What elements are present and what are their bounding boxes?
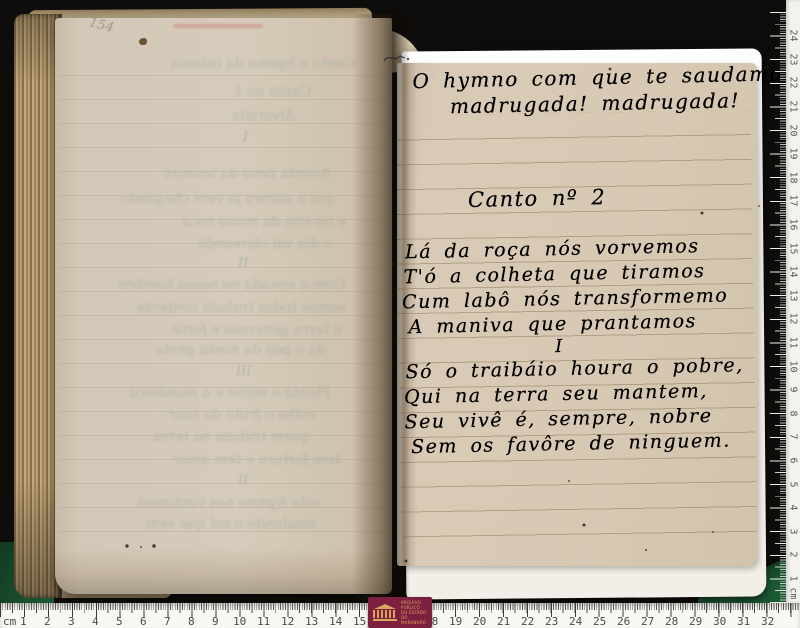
verse-line: Lá da roça nós vorvemos bbox=[405, 235, 700, 263]
bleedthrough-line: vamos todos trabaia contente bbox=[107, 300, 347, 316]
ruler-number: 3 bbox=[788, 524, 799, 538]
bleedthrough-line: Com a enxada no nosso hombro bbox=[112, 277, 346, 293]
bleedthrough-line: da o pao da nossa gente bbox=[121, 342, 327, 358]
bleedthrough-line: saudando o sol que vem bbox=[137, 516, 317, 532]
ruler-number: 17 bbox=[788, 194, 799, 208]
bleedthrough-line: Planta o milho e a mandioca bbox=[117, 385, 331, 401]
bottom-ruler-unit-label: cm bbox=[3, 615, 16, 628]
verse-line: Só o traibáio houra o pobre, bbox=[405, 354, 744, 383]
bleedthrough-line: a terra generosa e forte bbox=[109, 322, 343, 338]
ruler-number: 30 bbox=[713, 615, 726, 628]
ruler-number: 1 bbox=[788, 572, 799, 586]
right-ruler-ticks bbox=[766, 0, 786, 603]
ink-specks bbox=[0, 0, 2, 2]
ruler-number: 29 bbox=[689, 615, 702, 628]
ruler-number: 11 bbox=[257, 615, 270, 628]
archive-building-icon bbox=[373, 604, 397, 622]
bleedthrough-numeral: I bbox=[243, 130, 261, 145]
ruler-number: 7 bbox=[788, 430, 799, 444]
ruler-number: 10 bbox=[233, 615, 246, 628]
bleedthrough-line: Acorda povo da lavoura bbox=[132, 166, 332, 182]
ruler-number: 14 bbox=[788, 265, 799, 279]
ruler-number: 10 bbox=[788, 359, 799, 373]
ruler-number: 15 bbox=[353, 615, 366, 628]
ruler-number: 9 bbox=[212, 615, 219, 628]
ruler-number: 7 bbox=[164, 615, 171, 628]
ruler-number: 23 bbox=[788, 52, 799, 66]
bleedthrough-line: tem fartura e tem amor bbox=[111, 452, 341, 468]
ruler-number: 5 bbox=[116, 615, 123, 628]
canto-heading: Canto nº 2 bbox=[468, 185, 607, 212]
ruler-number: 2 bbox=[44, 615, 51, 628]
ruler-number: 27 bbox=[641, 615, 654, 628]
right-ruler-unit-label: cm bbox=[788, 587, 799, 601]
ruler-number: 1 bbox=[20, 615, 27, 628]
ruler-number: 24 bbox=[569, 615, 582, 628]
ruler-number: 24 bbox=[788, 29, 799, 43]
ruler-number: 20 bbox=[788, 123, 799, 137]
ruler-number: 20 bbox=[473, 615, 486, 628]
ruler-number: 3 bbox=[68, 615, 75, 628]
bleedthrough-numeral: II bbox=[238, 256, 262, 271]
archive-stamp-text-line: DO MARANHÃO bbox=[401, 615, 432, 625]
ruler-number: 32 bbox=[761, 615, 774, 628]
ruler-number: 2 bbox=[788, 548, 799, 562]
ink-scribble-mark bbox=[382, 50, 412, 66]
bleedthrough-line: este hymno nos cantamos bbox=[127, 495, 321, 511]
verse-line: A maniva que prantamos bbox=[408, 310, 697, 338]
ruler-number: 22 bbox=[521, 615, 534, 628]
handwritten-text-layer: O hymno com que te saudamos madrugada! m… bbox=[395, 56, 765, 566]
ruler-number: 4 bbox=[92, 615, 99, 628]
ruler-number: 13 bbox=[788, 288, 799, 302]
ruler-number: 31 bbox=[737, 615, 750, 628]
bleedthrough-line: colhe o fruto do suor bbox=[127, 407, 317, 423]
bleedthrough-line: Alvorada bbox=[189, 108, 296, 124]
bleedthrough-line: que a aurora ja vem chegando bbox=[117, 191, 337, 207]
scanned-book-photo: 154 Canto e hymno da coloniaCanto no 1Al… bbox=[0, 0, 800, 628]
verse-line: Cum labô nós transformemo bbox=[402, 285, 729, 314]
ruler-number: 13 bbox=[305, 615, 318, 628]
ruler-number: 28 bbox=[665, 615, 678, 628]
ruler-number: 18 bbox=[788, 170, 799, 184]
hymn-title-line-2: madrugada! madrugada! bbox=[450, 88, 741, 118]
ruler-number: 26 bbox=[617, 615, 630, 628]
ruler-number: 4 bbox=[788, 501, 799, 515]
ruler-number: 21 bbox=[497, 615, 510, 628]
archive-stamp: ARQUIVOPÚBLICODO ESTADODO MARANHÃO bbox=[368, 597, 432, 628]
verse-line: T'ó a colheta que tiramos bbox=[403, 260, 705, 288]
ruler-number: 8 bbox=[188, 615, 195, 628]
bleedthrough-numeral: II bbox=[238, 473, 262, 488]
bleedthrough-numeral: III bbox=[236, 364, 264, 379]
ruler-number: 8 bbox=[788, 406, 799, 420]
ruler-number: 6 bbox=[788, 454, 799, 468]
ruler-number: 19 bbox=[449, 615, 462, 628]
ruler-number: 21 bbox=[788, 100, 799, 114]
verse-line: Sem os favôre de ninguem. bbox=[411, 429, 731, 458]
ruler-number: 14 bbox=[329, 615, 342, 628]
ruler-number: 25 bbox=[593, 615, 606, 628]
verse-line: Seu vivê é, sempre, nobre bbox=[404, 405, 712, 433]
bleedthrough-line: o dia vai clareando bbox=[127, 236, 333, 252]
ruler-number: 9 bbox=[788, 383, 799, 397]
ruler-number: 22 bbox=[788, 76, 799, 90]
ruler-number: 11 bbox=[788, 336, 799, 350]
ruler-number: 15 bbox=[788, 241, 799, 255]
section-numeral: I bbox=[555, 336, 564, 357]
ruler-number: 16 bbox=[788, 218, 799, 232]
right-page: O hymno com que te saudamos madrugada! m… bbox=[397, 63, 757, 566]
ruler-number: 23 bbox=[545, 615, 558, 628]
right-ruler: 123456789101112131415161718192021222324c… bbox=[766, 0, 800, 603]
ruler-number: 12 bbox=[281, 615, 294, 628]
ruler-number: 19 bbox=[788, 147, 799, 161]
ruler-number: 12 bbox=[788, 312, 799, 326]
verse-line: Qui na terra seu mantem, bbox=[404, 380, 708, 408]
left-page: 154 Canto e hymno da coloniaCanto no 1Al… bbox=[55, 18, 392, 594]
bleedthrough-line: quem trabaia na terra bbox=[141, 429, 311, 445]
ruler-number: 5 bbox=[788, 477, 799, 491]
bleedthrough-line: e no eito da nossa roca bbox=[121, 214, 347, 230]
bleedthrough-line: Canto no 1 bbox=[192, 84, 312, 100]
ruler-number: 6 bbox=[140, 615, 147, 628]
bleedthrough-text-layer: Canto e hymno da coloniaCanto no 1Alvora… bbox=[55, 18, 392, 594]
bleedthrough-line: Canto e hymno da colonia bbox=[129, 56, 356, 72]
archive-stamp-text: ARQUIVOPÚBLICODO ESTADODO MARANHÃO bbox=[401, 600, 432, 625]
